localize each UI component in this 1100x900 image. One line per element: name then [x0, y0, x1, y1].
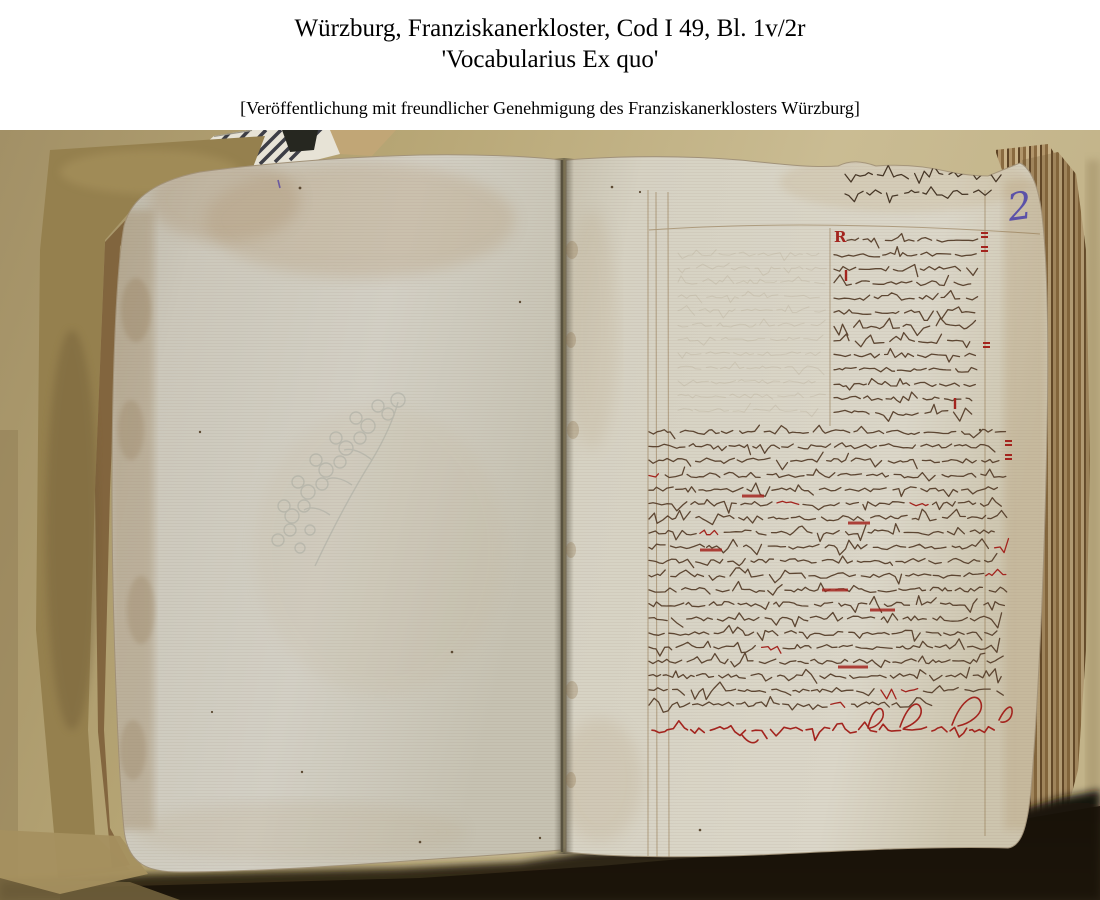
right-page: R 2 — [558, 150, 1060, 870]
table-edge-shade — [0, 430, 18, 900]
permission-note: [Veröffentlichung mit freundlicher Geneh… — [0, 98, 1100, 119]
left-page — [110, 150, 570, 875]
manuscript-photo: R 2 — [0, 130, 1100, 900]
gutter-shadow — [554, 158, 574, 854]
caption-header: Würzburg, Franziskanerkloster, Cod I 49,… — [0, 0, 1100, 130]
page-title-line2: 'Vocabularius Ex quo' — [0, 44, 1100, 75]
page-title-line1: Würzburg, Franziskanerkloster, Cod I 49,… — [0, 0, 1100, 44]
rubricated-initial: R — [834, 228, 847, 246]
